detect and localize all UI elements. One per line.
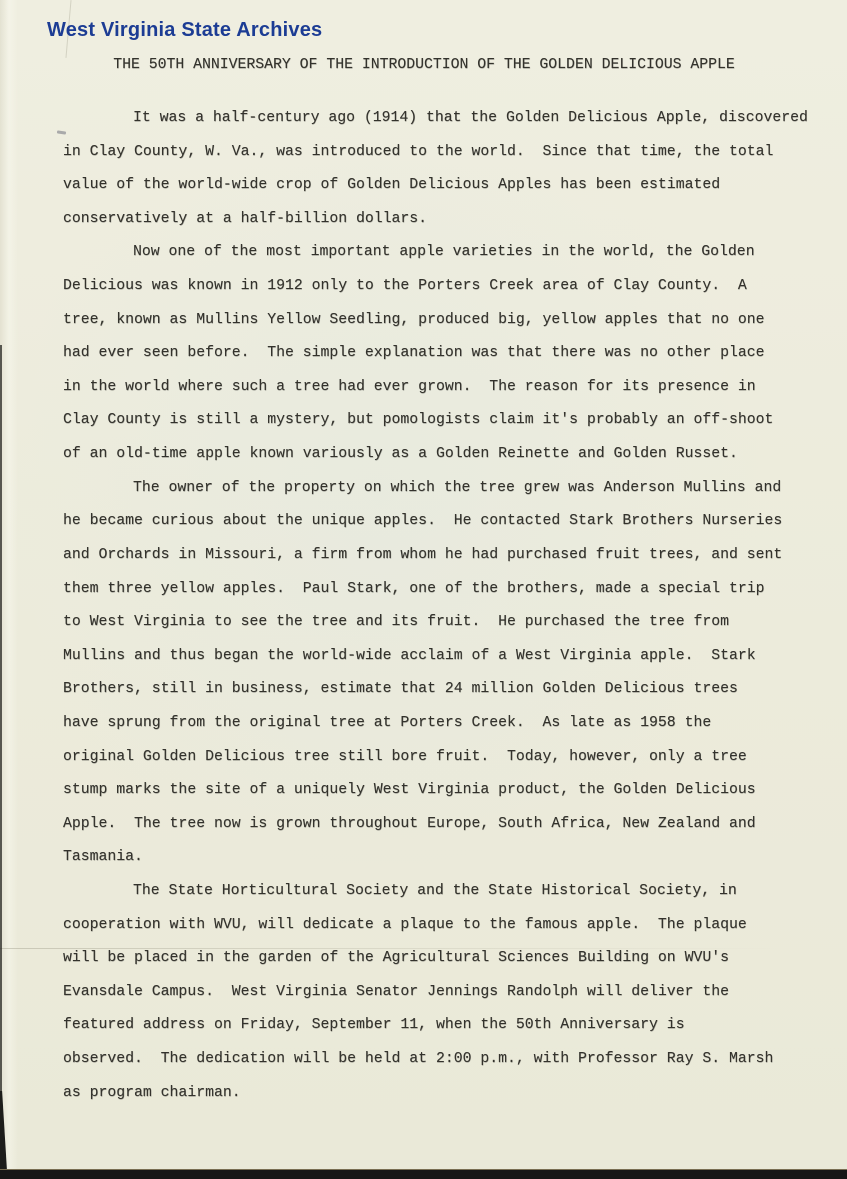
text-line: The State Horticultural Society and the … [63, 883, 803, 917]
document-title: THE 50TH ANNIVERSARY OF THE INTRODUCTION… [63, 57, 785, 73]
text-line: to West Virginia to see the tree and its… [63, 614, 803, 648]
text-line: them three yellow apples. Paul Stark, on… [63, 581, 803, 615]
text-line: cooperation with WVU, will dedicate a pl… [63, 917, 803, 951]
text-line: Delicious was known in 1912 only to the … [63, 278, 803, 312]
text-line: in Clay County, W. Va., was introduced t… [63, 144, 803, 178]
text-line: The owner of the property on which the t… [63, 480, 803, 514]
typewritten-body: It was a half-century ago (1914) that th… [63, 110, 803, 1118]
text-line: had ever seen before. The simple explana… [63, 345, 803, 379]
text-line: in the world where such a tree had ever … [63, 379, 803, 413]
text-line: will be placed in the garden of the Agri… [63, 950, 803, 984]
text-line: value of the world-wide crop of Golden D… [63, 177, 803, 211]
text-line: and Orchards in Missouri, a firm from wh… [63, 547, 803, 581]
text-line: Evansdale Campus. West Virginia Senator … [63, 984, 803, 1018]
scan-edge-left [0, 345, 2, 1171]
scan-corner-bottom-left [0, 1091, 7, 1171]
text-line: featured address on Friday, September 11… [63, 1017, 803, 1051]
scan-edge-bottom [0, 1169, 847, 1179]
text-line: tree, known as Mullins Yellow Seedling, … [63, 312, 803, 346]
text-line: Tasmania. [63, 849, 803, 883]
text-line: conservatively at a half-billion dollars… [63, 211, 803, 245]
text-line: Now one of the most important apple vari… [63, 244, 803, 278]
text-line: Apple. The tree now is grown throughout … [63, 816, 803, 850]
archive-header-label: West Virginia State Archives [47, 19, 322, 42]
text-line: have sprung from the original tree at Po… [63, 715, 803, 749]
text-line: stump marks the site of a uniquely West … [63, 782, 803, 816]
paper-crease [0, 948, 847, 949]
text-line: Clay County is still a mystery, but pomo… [63, 412, 803, 446]
text-line: It was a half-century ago (1914) that th… [63, 110, 803, 144]
text-line: he became curious about the unique apple… [63, 513, 803, 547]
text-line: Brothers, still in business, estimate th… [63, 681, 803, 715]
text-line: as program chairman. [63, 1085, 803, 1119]
text-line: Mullins and thus began the world-wide ac… [63, 648, 803, 682]
scanned-document-page: West Virginia State Archives THE 50TH AN… [0, 0, 847, 1179]
text-line: observed. The dedication will be held at… [63, 1051, 803, 1085]
text-line: of an old-time apple known variously as … [63, 446, 803, 480]
text-line: original Golden Delicious tree still bor… [63, 749, 803, 783]
